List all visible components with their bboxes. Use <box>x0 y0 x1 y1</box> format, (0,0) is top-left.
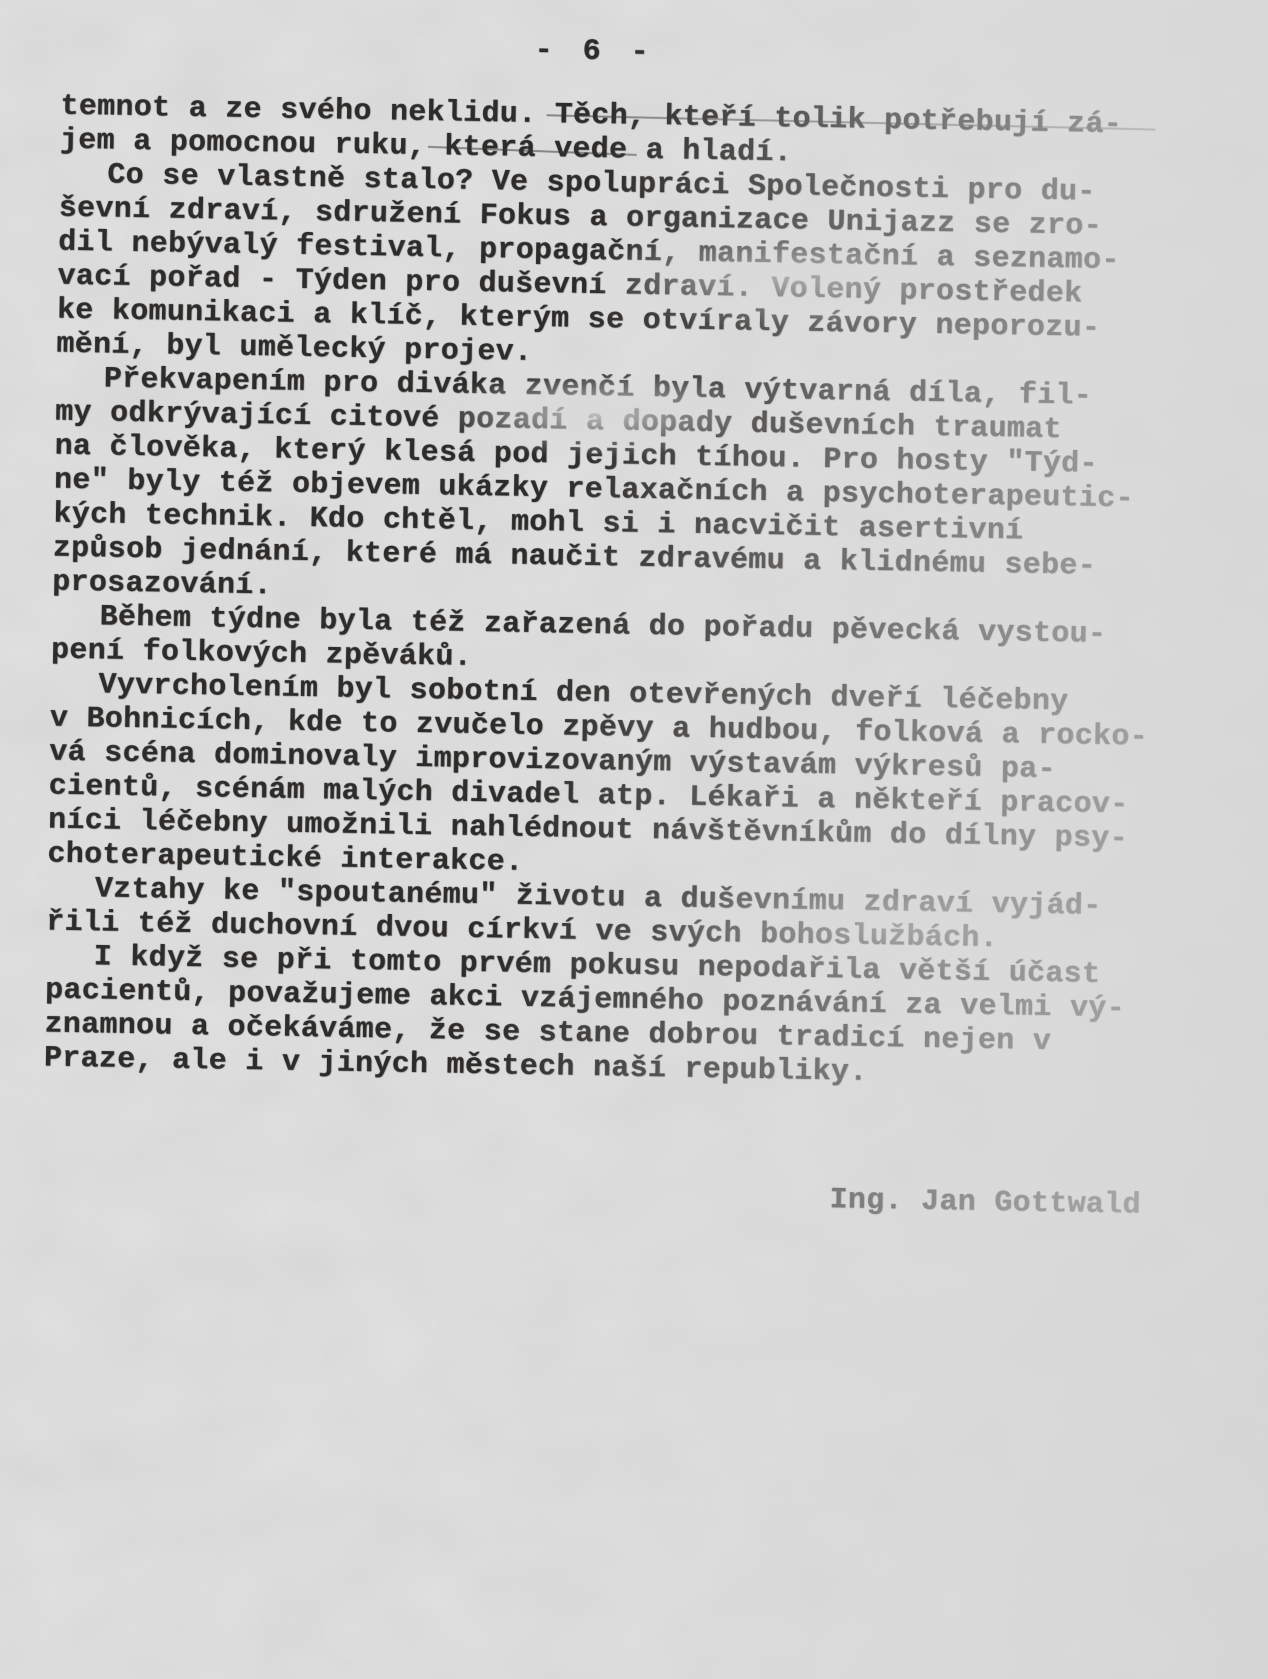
paragraph-5: Vyvrcholením byl sobotní den otevřených … <box>47 668 1180 892</box>
text-run: a hladí. <box>627 134 792 171</box>
typewritten-text: - 6 - temnot a ze svého neklidu. Těch, k… <box>41 26 1191 1224</box>
scanned-page: - 6 - temnot a ze svého neklidu. Těch, k… <box>0 0 1268 1679</box>
paragraph-2: Co se vlastně stalo? Ve spolupráci Spole… <box>56 158 1189 382</box>
struck-text: která vede <box>444 130 628 167</box>
paragraph-7: I když se při tomto prvém pokusu nepodař… <box>44 940 1176 1096</box>
paragraph-3: Překvapením pro diváka zvenčí byla výtva… <box>52 362 1186 620</box>
